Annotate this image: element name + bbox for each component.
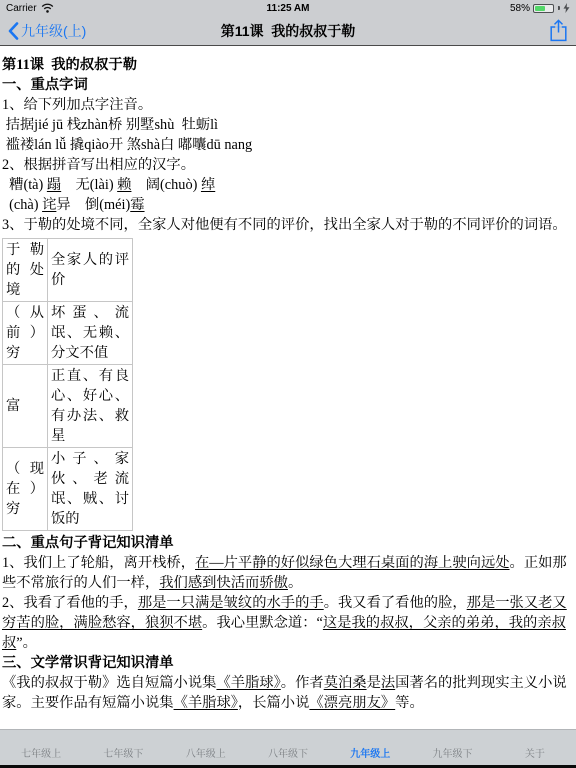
status-bar: Carrier 11:25 AM 58% [0,0,576,16]
charging-bolt-icon [563,3,570,13]
content-paragraph: 第11课 我的叔叔于勒 [2,55,575,75]
content-paragraph: (chà) 诧异 倒(méi)霉 [2,195,575,215]
paragraph-text: 2、我看了看他的手， [2,595,138,611]
answer-blank-text: 法 [381,675,395,691]
share-button[interactable] [549,19,568,42]
table-row: 富正直、有良心、好心、有办法、救星 [3,365,133,448]
answer-blank-text: 《羊脂球》 [174,695,238,711]
paragraph-text: 是 [367,675,381,691]
paragraph-text: 。我心里默念道：“ [202,615,323,631]
answer-blank-text: 那是一只满是皱纹的水手的手 [138,595,324,611]
content-paragraph: 二、重点句子背记知识清单 [2,533,575,553]
paragraph-text: 阔(chuò) [131,177,200,193]
content-paragraph: 2、我看了看他的手，那是一只满是皱纹的水手的手。我又看了看他的脸，那是一张又老又… [2,593,575,653]
paragraph-text: 3、于勒的处境不同，全家人对他便有不同的评价，找出全家人对于勒的不同评价的词语。 [2,217,567,233]
paragraph-text: 一、重点字词 [2,77,88,93]
battery-nub [558,6,560,10]
content-paragraph: 3、于勒的处境不同，全家人对他便有不同的评价，找出全家人对于勒的不同评价的词语。 [2,215,575,235]
answer-blank-text: 蹋 [47,177,61,193]
paragraph-text: 1、我们上了轮船，离开栈桥， [2,555,195,571]
paragraph-text: (chà) [2,197,42,213]
paragraph-text: 1、给下列加点字注音。 [2,97,152,113]
share-icon [549,19,568,42]
paragraph-text: 第11课 我的叔叔于勒 [2,57,137,73]
back-button[interactable]: 九年级(上) [8,21,178,41]
battery-percent: 58% [510,3,530,14]
content-area: 第11课 我的叔叔于勒一、重点字词1、给下列加点字注音。 拮据jié jū 栈z… [0,47,576,729]
wifi-icon [41,3,54,13]
table-cell: （现在）穷 [3,448,48,531]
content-paragraph: 1、我们上了轮船，离开栈桥，在—片平静的好似绿色大理石桌面的海上驶向远处。正如那… [2,553,575,593]
tab-item-grade9-vol2[interactable]: 九年级下 [411,745,493,765]
table-cell: 全家人的评价 [48,239,133,302]
table-row: 于勒的处境全家人的评价 [3,239,133,302]
content-paragraph: 三、文学常识背记知识清单 [2,653,575,673]
tab-item-grade7-vol2[interactable]: 七年级下 [82,745,164,765]
content-paragraph: 2、根据拼音写出相应的汉字。 [2,155,575,175]
table-cell: （从前）穷 [3,302,48,365]
content-paragraph: 一、重点字词 [2,75,575,95]
answer-blank-text: 我们感到快活而骄傲 [159,575,288,591]
carrier-label: Carrier [6,3,37,14]
content-paragraph: 褴褛lán lǚ 撬qiào开 煞shà白 嘟囔dū nang [2,135,575,155]
answer-blank-text: 《漂亮朋友》 [309,695,395,711]
tab-item-grade7-vol1[interactable]: 七年级上 [0,745,82,765]
page-title: 第11课 我的叔叔于勒 [178,21,398,41]
tab-item-grade8-vol1[interactable]: 八年级上 [165,745,247,765]
chevron-left-icon [8,22,19,40]
paragraph-text: 等。 [395,695,424,711]
answer-blank-text: 莫泊桑 [324,675,367,691]
content-paragraph: 《我的叔叔于勒》选自短篇小说集《羊脂球》。作者莫泊桑是法国著名的批判现实主义小说… [2,673,575,713]
table-row: （从前）穷坏蛋、流氓、无赖、分文不值 [3,302,133,365]
paragraph-text: 《我的叔叔于勒》选自短篇小说集 [2,675,216,691]
tab-item-grade9-vol1[interactable]: 九年级上 [329,745,411,765]
paragraph-text: 拮据jié jū 栈zhàn桥 别墅shù 牡蛎lì [2,117,218,133]
table-cell: 小子、家伙、老流氓、贼、讨饭的 [48,448,133,531]
table-cell: 坏蛋、流氓、无赖、分文不值 [48,302,133,365]
tab-item-grade8-vol2[interactable]: 八年级下 [247,745,329,765]
paragraph-text: 2、根据拼音写出相应的汉字。 [2,157,195,173]
status-left: Carrier [6,3,176,14]
answer-blank-text: 在—片平静的好似绿色大理石桌面的海上驶向远处 [195,555,510,571]
content-paragraph: 拮据jié jū 栈zhàn桥 别墅shù 牡蛎lì [2,115,575,135]
top-bars: Carrier 11:25 AM 58% [0,0,576,46]
content-paragraph: 1、给下列加点字注音。 [2,95,575,115]
table-cell: 正直、有良心、好心、有办法、救星 [48,365,133,448]
paragraph-text: 三、文学常识背记知识清单 [2,655,174,671]
paragraph-text: 无(lài) [61,177,117,193]
paragraph-text: 褴褛lán lǚ 撬qiào开 煞shà白 嘟囔dū nang [2,137,252,153]
battery-icon [533,4,554,13]
nav-actions [398,19,568,42]
paragraph-text: ”。 [16,635,37,651]
paragraph-text: 异 倒(méi) [56,197,130,213]
paragraph-text: 。 [288,575,302,591]
status-right: 58% [400,3,570,14]
table-cell: 于勒的处境 [3,239,48,302]
answer-blank-text: 绰 [201,177,215,193]
battery-fill [535,6,545,11]
paragraph-text: 二、重点句子背记知识清单 [2,535,174,551]
nav-bar: 九年级(上) 第11课 我的叔叔于勒 [0,16,576,45]
table-row: （现在）穷小子、家伙、老流氓、贼、讨饭的 [3,448,133,531]
answer-blank-text: 《羊脂球》 [216,675,280,691]
evaluation-table: 于勒的处境全家人的评价（从前）穷坏蛋、流氓、无赖、分文不值富正直、有良心、好心、… [2,238,133,531]
paragraph-text: 糟(tà) [2,177,47,193]
answer-blank-text: 诧 [42,197,56,213]
clock: 11:25 AM [176,3,400,14]
paragraph-text: 。作者 [281,675,324,691]
paragraph-text: ，长篇小说 [238,695,309,711]
content-paragraph: 糟(tà) 蹋 无(lài) 赖 阔(chuò) 绰 [2,175,575,195]
answer-blank-text: 赖 [117,177,131,193]
back-button-label: 九年级(上) [21,21,86,41]
table-cell: 富 [3,365,48,448]
tab-item-about[interactable]: 关于 [494,745,576,765]
answer-blank-text: 霉 [130,197,144,213]
tab-bar: 七年级上七年级下八年级上八年级下九年级上九年级下关于 [0,729,576,768]
paragraph-text: 。我又看了看他的脸， [324,595,467,611]
